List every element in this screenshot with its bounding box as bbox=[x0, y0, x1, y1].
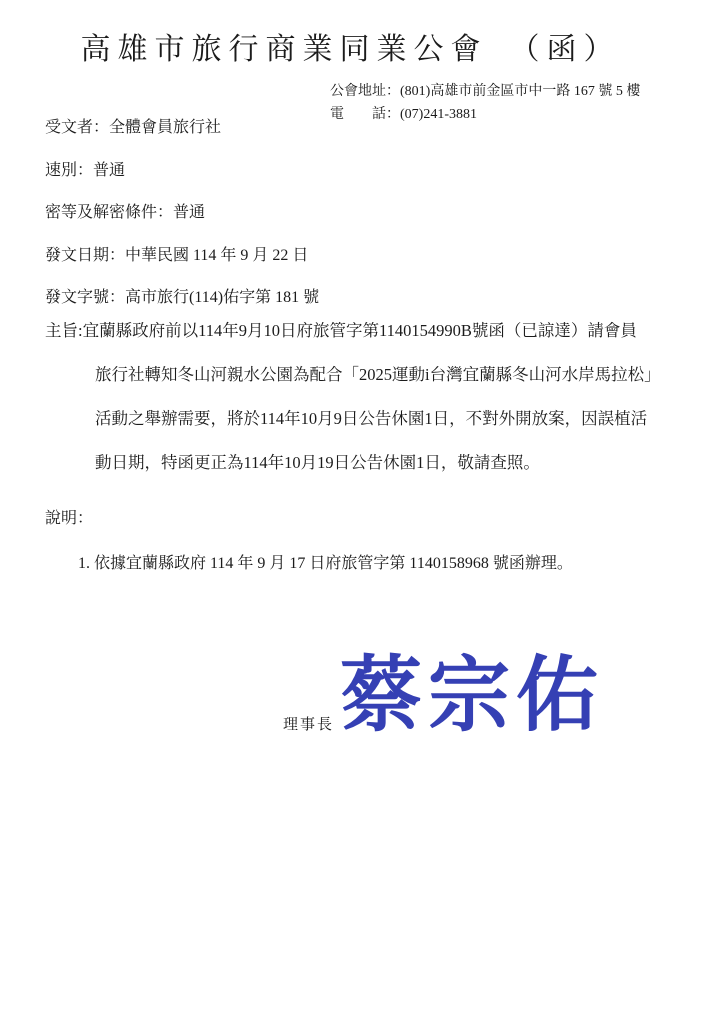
letter-title: 高雄市旅行商業同業公會 （函） bbox=[0, 24, 701, 68]
header-fields: 受文者：全體會員旅行社 速別：普通 密等及解密條件：普通 發文日期：中華民國 1… bbox=[45, 107, 319, 320]
contact-address: 公會地址：(801)高雄市前金區市中一路 167 號 5 樓 bbox=[330, 80, 640, 103]
subject-line: 動日期，特函更正為114年10月19日公告休園1日，敬請查照。 bbox=[45, 441, 685, 485]
contact-block: 公會地址：(801)高雄市前金區市中一路 167 號 5 樓 電 話：(07)2… bbox=[330, 80, 640, 126]
field-recipient: 受文者：全體會員旅行社 bbox=[45, 107, 319, 150]
letter-page: 高雄市旅行商業同業公會 （函） 公會地址：(801)高雄市前金區市中一路 167… bbox=[0, 0, 701, 1024]
signature-role-label: 理事長 bbox=[283, 713, 334, 734]
explanation-item: 1. 依據宜蘭縣政府 114 年 9 月 17 日府旅管字第 114015896… bbox=[78, 550, 573, 573]
contact-phone: 電 話：(07)241-3881 bbox=[330, 103, 640, 126]
explanation-heading: 說明： bbox=[45, 505, 93, 528]
subject-line: 旅行社轉知冬山河親水公園為配合「2025運動i台灣宜蘭縣冬山河水岸馬拉松」 bbox=[45, 353, 685, 397]
field-issue-date: 發文日期：中華民國 114 年 9 月 22 日 bbox=[45, 235, 319, 278]
subject-line: 活動之舉辦需要，將於114年10月9日公告休園1日，不對外開放案，因誤植活 bbox=[45, 397, 685, 441]
field-speed: 速別：普通 bbox=[45, 150, 319, 193]
subject-line: 主旨:宜蘭縣政府前以114年9月10日府旅管字第1140154990B號函（已諒… bbox=[45, 309, 685, 353]
field-classification: 密等及解密條件：普通 bbox=[45, 192, 319, 235]
subject-paragraph: 主旨:宜蘭縣政府前以114年9月10日府旅管字第1140154990B號函（已諒… bbox=[45, 309, 685, 485]
chairman-signature: 蔡宗佑 bbox=[340, 644, 604, 747]
